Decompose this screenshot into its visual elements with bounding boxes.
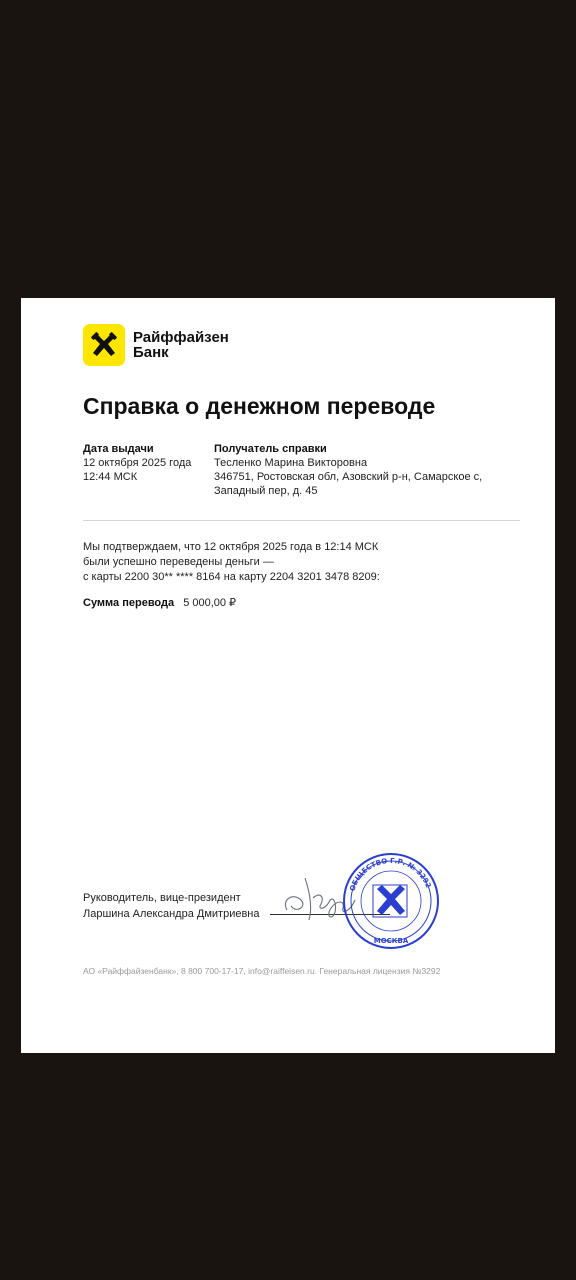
signer-position: Руководитель, вице-президент — [83, 890, 260, 906]
document-title: Справка о денежном переводе — [83, 393, 435, 420]
confirmation-line1: Мы подтверждаем, что 12 октября 2025 год… — [83, 540, 380, 555]
bank-logo: Райффайзен Банк — [83, 324, 229, 366]
recipient-label: Получатель справки — [214, 442, 482, 456]
confirmation-text: Мы подтверждаем, что 12 октября 2025 год… — [83, 540, 380, 585]
bank-name-line2: Банк — [133, 345, 229, 360]
recipient-address-line2: Западный пер, д. 45 — [214, 484, 482, 498]
issue-label: Дата выдачи — [83, 442, 191, 456]
issue-date: 12 октября 2025 года — [83, 456, 191, 470]
raiffeisen-logo-icon — [83, 324, 125, 366]
svg-text:МОСКВА: МОСКВА — [374, 937, 409, 945]
issue-time: 12:44 МСК — [83, 470, 191, 484]
bank-name: Райффайзен Банк — [133, 330, 229, 360]
signer-name: Ларшина Александра Дмитриевна — [83, 906, 260, 922]
amount-label: Сумма перевода — [83, 597, 174, 609]
footer-legal: АО «Райффайзенбанк», 8 800 700-17-17, in… — [83, 966, 440, 976]
recipient-address-line1: 346751, Ростовская обл, Азовский р-н, Са… — [214, 470, 482, 484]
transfer-amount: Сумма перевода 5 000,00 ₽ — [83, 596, 236, 609]
signer-info: Руководитель, вице-президент Ларшина Але… — [83, 890, 260, 922]
issue-info: Дата выдачи 12 октября 2025 года 12:44 М… — [83, 442, 191, 484]
document-page: Райффайзен Банк Справка о денежном перев… — [21, 298, 555, 1053]
amount-value: 5 000,00 ₽ — [183, 597, 236, 609]
recipient-info: Получатель справки Тесленко Марина Викто… — [214, 442, 482, 498]
confirmation-line3: с карты 2200 30** **** 8164 на карту 220… — [83, 570, 380, 585]
bank-name-line1: Райффайзен — [133, 330, 229, 345]
svg-text:ОБЩЕСТВО Г.Р. № 3292: ОБЩЕСТВО Г.Р. № 3292 — [348, 857, 432, 892]
confirmation-line2: были успешно переведены деньги — — [83, 555, 380, 570]
bank-stamp-icon: ОБЩЕСТВО Г.Р. № 3292 МОСКВА — [341, 851, 441, 956]
divider — [83, 520, 520, 521]
recipient-name: Тесленко Марина Викторовна — [214, 456, 482, 470]
